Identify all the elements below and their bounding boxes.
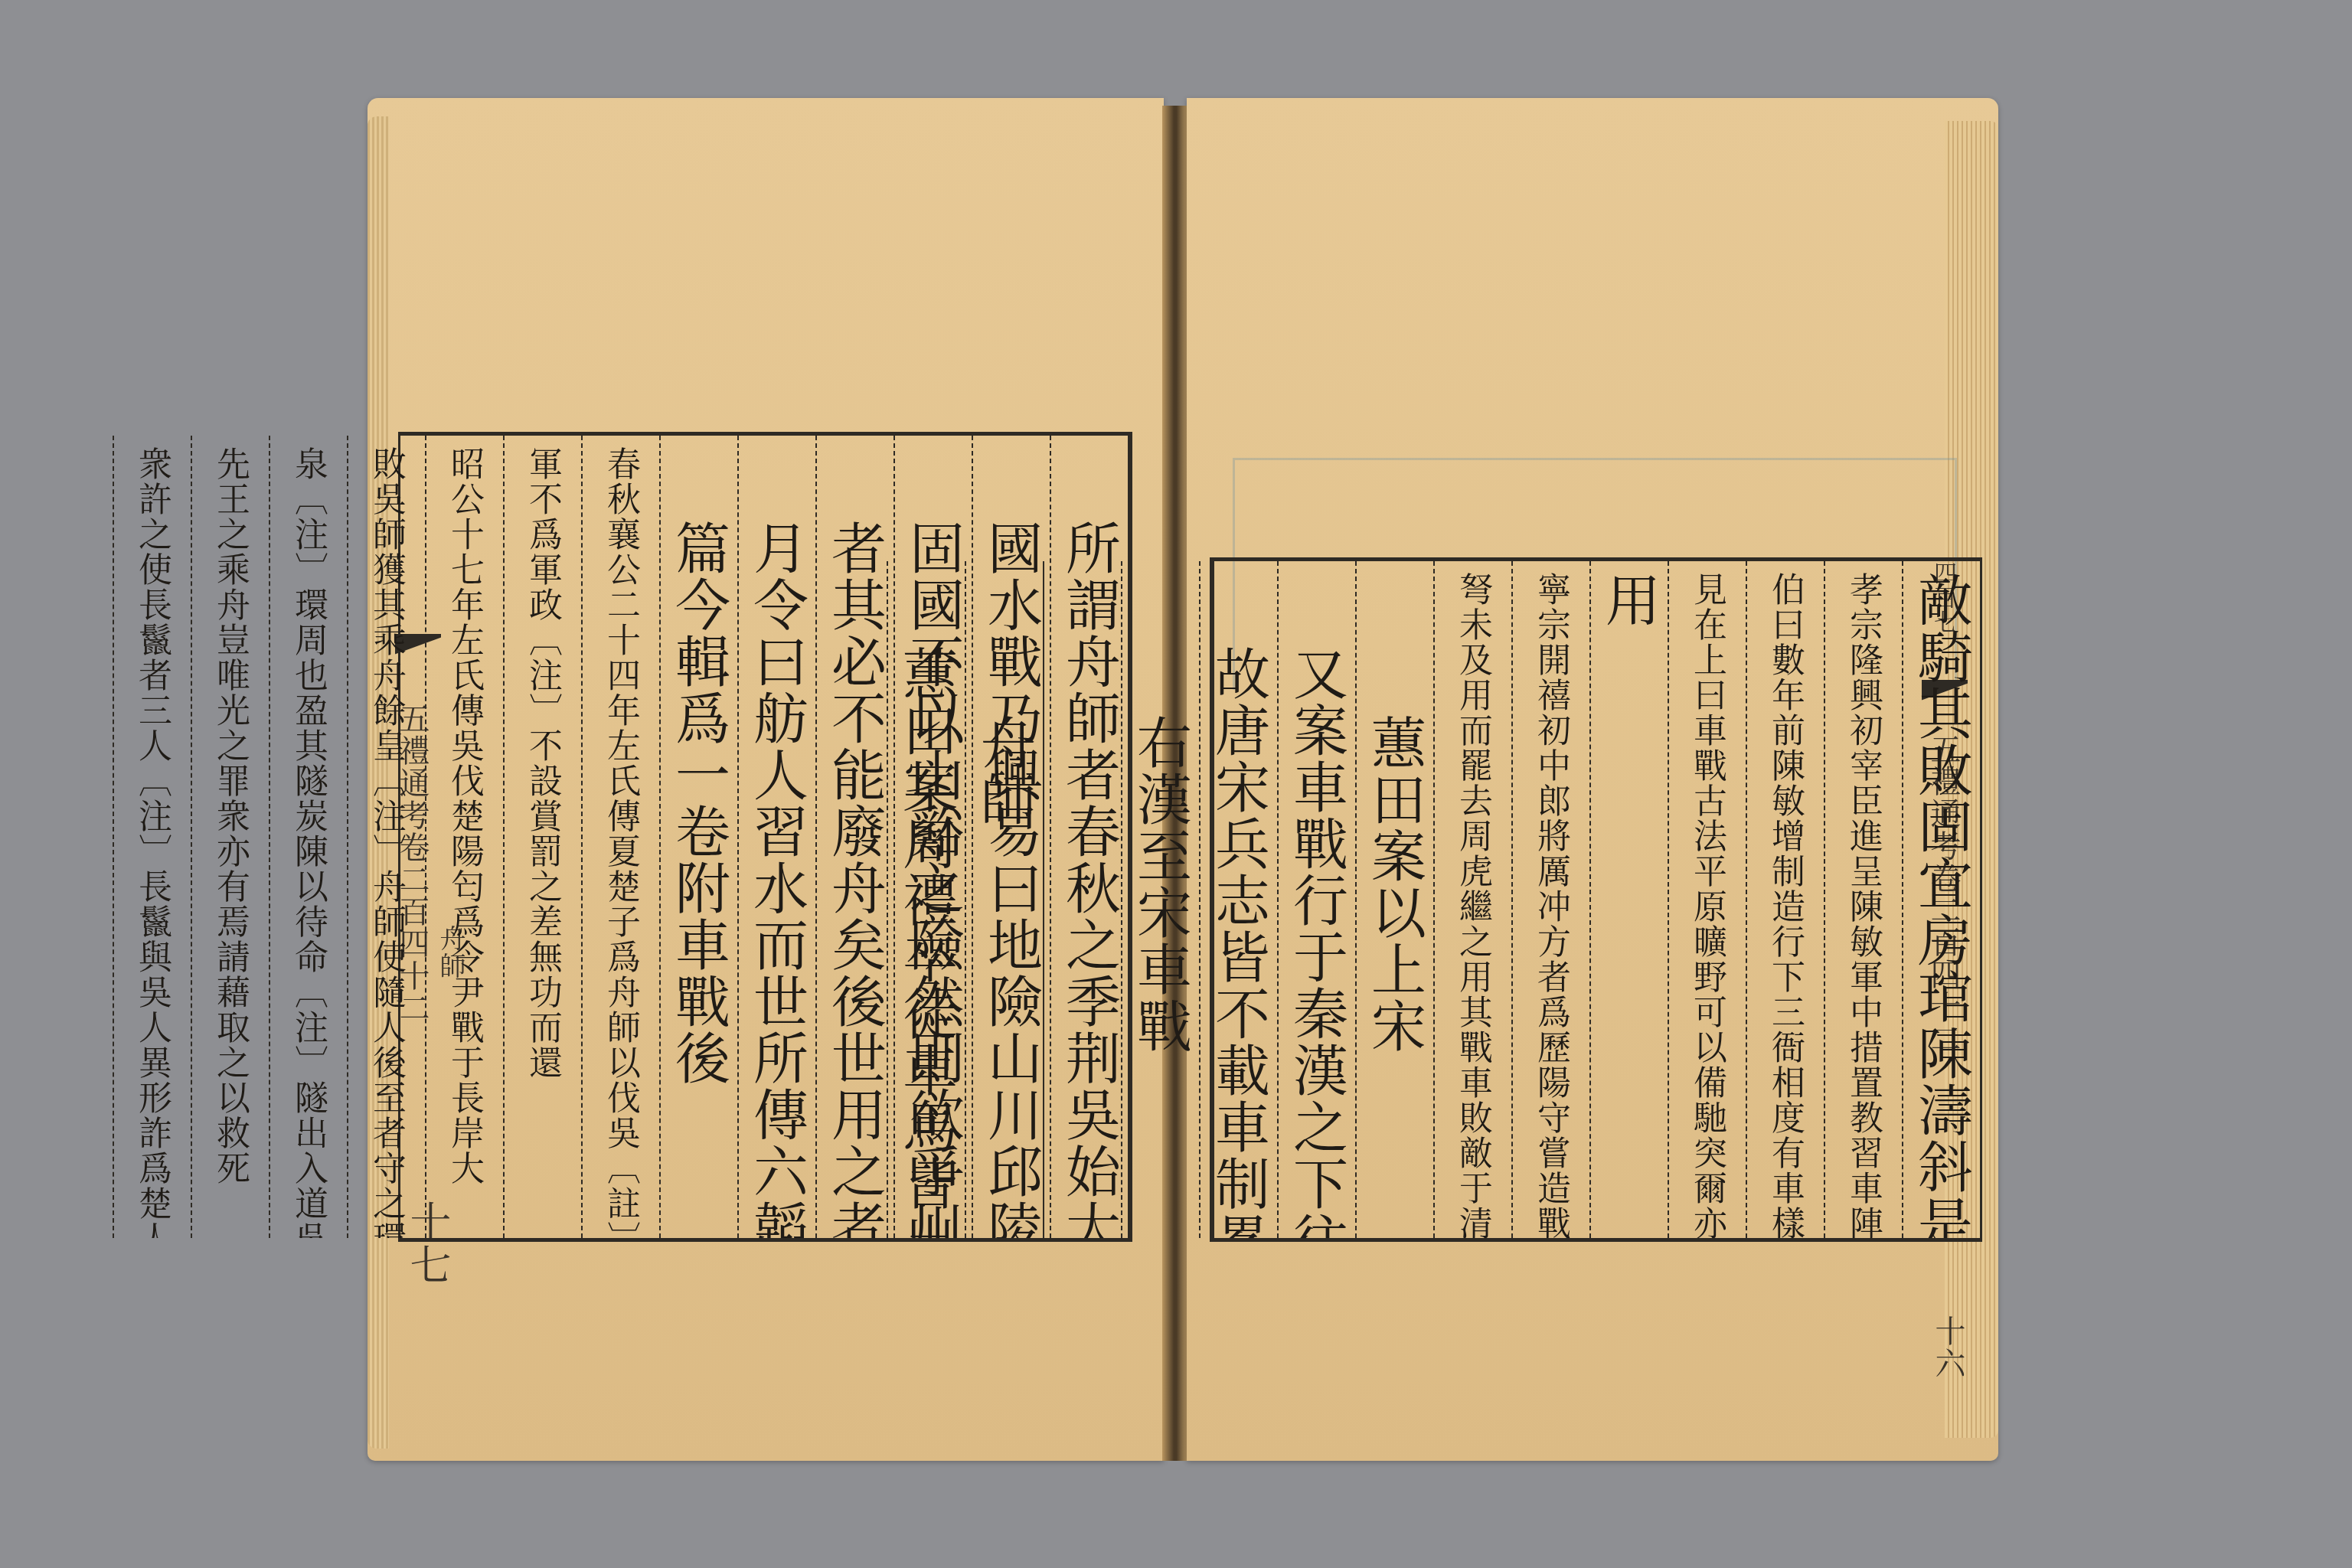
text-column: 者其必不能廢舟矣後世用之者尤多明堂 bbox=[815, 436, 893, 1238]
text-column: 敗吳師獲其乘舟餘皇〔注〕舟師使隨人後至者守之環之及 bbox=[347, 436, 425, 1238]
text-column: 先王之乘舟豈唯光之罪衆亦有焉請藉取之以救死 bbox=[191, 436, 269, 1238]
text-column: 蕙田案周禮卒徒車馬皆出于井田邱甸無 bbox=[887, 561, 965, 1238]
text-column: 右漢至宋車戰 bbox=[1121, 561, 1199, 1238]
text-column: 軍不爲軍政〔注〕不設賞罰之差無功而還 bbox=[503, 436, 581, 1238]
text-column: 昭公十七年左氏傳吳伐楚陽匄爲令尹戰于長岸大 bbox=[425, 436, 503, 1238]
open-book: 五禮通考卷二百四十二 舟師 十七 所謂舟師者春秋之季荆吳始大而地界澤 國水戰乃興… bbox=[360, 98, 2014, 1461]
text-frame: 敵騎其敗固宜房琯陳濤斜是也 孝宗隆興初宰臣進呈陳敏軍中措置教習車陣陳康 伯曰數年… bbox=[1210, 557, 1982, 1242]
page-number: 十六 bbox=[1926, 1315, 1970, 1380]
text-column: 伯曰數年前陳敏增制造行下三衙相度有車樣陣圖 bbox=[1746, 561, 1824, 1238]
blank-column bbox=[1043, 561, 1121, 1238]
text-column: 又案車戰行于秦漢之下往往利少而害多 bbox=[1277, 561, 1355, 1238]
text-column: 用 bbox=[1589, 561, 1668, 1238]
section-heading: 舟師 bbox=[965, 561, 1043, 1238]
text-column: 春秋襄公二十四年左氏傳夏楚子爲舟師以伐吳〔註〕舟師水 bbox=[581, 436, 659, 1238]
text-column: 敵騎其敗固宜房琯陳濤斜是也 bbox=[1902, 561, 1980, 1238]
text-column: 衆許之使長鬣者三人〔注〕長鬣與吳人異形詐爲楚人潛伏於舟側曰我 bbox=[113, 436, 191, 1238]
text-column: 蕙田案以上宋 bbox=[1355, 561, 1433, 1238]
text-column: 月令曰舫人習水而世所傳六韜亦有水戰 bbox=[737, 436, 815, 1238]
text-column: 泉〔注〕環周也盈其隧炭陳以待命〔注〕隧出入道吳公子光請於衆曰喪 bbox=[269, 436, 347, 1238]
text-column: 弩未及用而罷去周虎繼之用其戰車敗敵于清河鎮 bbox=[1433, 561, 1511, 1238]
text-column: 篇今輯爲一卷附車戰後 bbox=[659, 436, 737, 1238]
text-column: 故唐宋兵志皆不載車制畧之也 bbox=[1199, 561, 1277, 1238]
text-column: 見在上曰車戰古法平原曠野可以備馳突爾亦卒不 bbox=[1668, 561, 1746, 1238]
text-column: 孝宗隆興初宰臣進呈陳敏軍中措置教習車陣陳康 bbox=[1824, 561, 1902, 1238]
text-column: 寧宗開禧初中郎將厲冲方者爲歷陽守嘗造戰車九牛 bbox=[1511, 561, 1589, 1238]
right-page: 四百七 五禮通考卷二百四十二 十六 敵騎其敗固宜房琯陳濤斜是也 孝宗隆興初宰臣進… bbox=[1187, 98, 1998, 1461]
